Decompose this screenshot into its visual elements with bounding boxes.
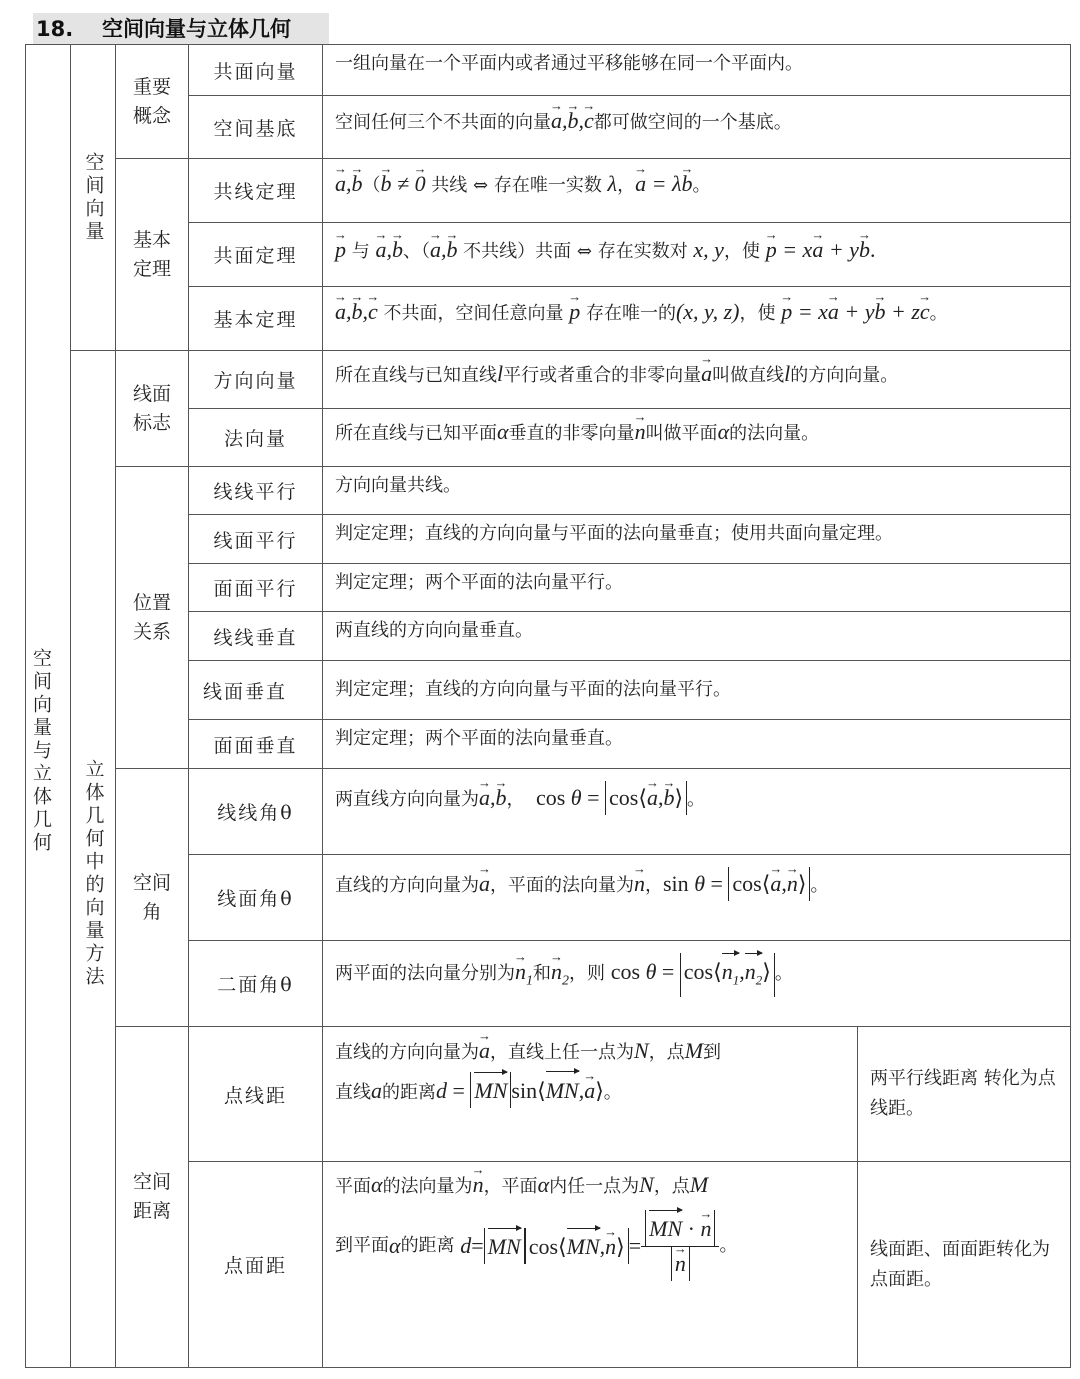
table-row: 立体几何中的向量方法 线面标志 方向向量 所在直线与已知直线l平行或者重合的非零… — [26, 351, 1071, 409]
table-row: 空间向量与立体几何 空间向量 重要概念 共面向量 一组向量在一个平面内或者通过平… — [26, 45, 1071, 96]
formula: cos θ = cos⟨n1,n2⟩ — [611, 959, 775, 984]
row-content-cell: 一组向量在一个平面内或者通过平移能够在同一个平面内。 — [323, 45, 1071, 96]
formula: a — [479, 1038, 490, 1063]
text: 两平面的法向量分别为 — [335, 963, 515, 984]
row-name-cell: 法向量 — [189, 409, 323, 467]
formula: n1 — [515, 959, 533, 984]
section-cell-space-vector: 空间向量 — [71, 45, 116, 351]
group-label: 位置关系 — [130, 589, 174, 647]
text: 的法向量。 — [729, 423, 819, 444]
row-name: 线面平行 — [213, 530, 297, 552]
text: 垂直的非零向量 — [509, 423, 635, 444]
text: 的距离 — [382, 1082, 436, 1103]
formula: a = λb — [635, 171, 692, 196]
formula: α — [371, 1172, 383, 1197]
formula: N — [639, 1172, 654, 1197]
formula: (x, y, z) — [676, 299, 740, 324]
text: 叫做直线 — [712, 365, 784, 386]
text: 两直线方向向量为 — [335, 789, 479, 810]
table-row: 位置关系 线线平行 方向向量共线。 — [26, 467, 1071, 515]
section-title: 空间向量与立体几何 — [102, 17, 291, 41]
row-name-cell: 点线距 — [189, 1027, 323, 1162]
formula: λ — [608, 171, 618, 196]
formula: a,b — [479, 785, 507, 810]
text: 。 — [687, 789, 705, 810]
root-category-cell: 空间向量与立体几何 — [26, 45, 71, 1368]
formula: M — [690, 1172, 708, 1197]
text: 所在直线与已知直线 — [335, 365, 497, 386]
row-note: 两平行线距离 转化为点线距。 — [870, 1068, 1056, 1119]
section-cell-vector-methods: 立体几何中的向量方法 — [71, 351, 116, 1368]
text: 。 — [719, 1231, 737, 1261]
row-content: 判定定理；两个平面的法向量垂直。 — [335, 728, 623, 749]
row-name-cell: 线面角θ — [189, 855, 323, 941]
formula: M — [685, 1038, 703, 1063]
formula: α — [538, 1172, 550, 1197]
row-content-cell: 平面α的法向量为n，平面α内任一点为N，点M 到平面α的距离 d = MNcos… — [323, 1162, 858, 1368]
row-name: 点线距 — [224, 1085, 287, 1107]
formula: a — [701, 361, 712, 386]
row-content: 判定定理；两个平面的法向量平行。 — [335, 572, 623, 593]
row-name-cell: 面面平行 — [189, 564, 323, 612]
text: 。 — [692, 175, 710, 196]
row-content-cell: 判定定理；两个平面的法向量垂直。 — [323, 720, 1071, 769]
text: 共线 ⇔ 存在唯一实数 — [426, 175, 608, 196]
row-name-cell: 线面平行 — [189, 515, 323, 564]
section-label: 立体几何中的向量方法 — [79, 759, 108, 989]
text: 与 — [346, 241, 375, 262]
row-name: 线线垂直 — [213, 627, 297, 649]
row-name-cell: 线线垂直 — [189, 612, 323, 661]
formula: n — [473, 1172, 484, 1197]
text: 内任一点为 — [549, 1176, 639, 1197]
row-content-cell: a,b（b ≠ 0 共线 ⇔ 存在唯一实数 λ，a = λb。 — [323, 159, 1071, 223]
text: 的方向向量。 — [790, 365, 898, 386]
row-name: 共面向量 — [213, 61, 297, 83]
row-name-cell: 面面垂直 — [189, 720, 323, 769]
text: ，使 — [739, 303, 781, 324]
row-name: 法向量 — [224, 428, 287, 450]
text: 不共线）共面 ⇔ 存在实数对 — [457, 241, 693, 262]
group-label: 基本定理 — [130, 226, 174, 284]
row-name: 线线角θ — [217, 802, 293, 824]
row-name-cell: 共面向量 — [189, 45, 323, 96]
row-name-cell: 共面定理 — [189, 223, 323, 287]
row-content: 一组向量在一个平面内或者通过平移能够在同一个平面内。 — [335, 53, 803, 74]
text: 直线 — [335, 1082, 371, 1103]
text: ，点 — [654, 1176, 690, 1197]
group-label: 重要概念 — [130, 73, 174, 131]
formula: a,b,c — [551, 108, 594, 133]
row-name: 点面距 — [224, 1255, 287, 1277]
text: 都可做空间的一个基底。 — [594, 112, 792, 133]
row-content-cell: 直线的方向向量为a，平面的法向量为n，sin θ = cos⟨a,n⟩。 — [323, 855, 1071, 941]
group-cell-line-plane-markers: 线面标志 — [116, 351, 189, 467]
row-name-cell: 线线角θ — [189, 769, 323, 855]
table-row: 空间角 线线角θ 两直线方向向量为a,b， cos θ = cos⟨a,b⟩。 — [26, 769, 1071, 855]
row-content-cell: 判定定理；两个平面的法向量平行。 — [323, 564, 1071, 612]
row-name: 线面垂直 — [203, 681, 287, 703]
formula: d = MNcos⟨MN,n⟩ = MN · nn — [460, 1210, 719, 1281]
formula: n2 — [551, 959, 569, 984]
formula: α — [718, 419, 730, 444]
row-content-cell: 两直线的方向向量垂直。 — [323, 612, 1071, 661]
row-name: 线线平行 — [213, 481, 297, 503]
group-cell-spatial-angles: 空间角 — [116, 769, 189, 1027]
row-content-cell: 直线的方向向量为a，直线上任一点为N，点M到 直线a的距离d = MNsin⟨M… — [323, 1027, 858, 1162]
text: ， — [507, 789, 525, 810]
text: 。 — [604, 1082, 622, 1103]
text: 平面 — [335, 1176, 371, 1197]
row-name: 二面角θ — [217, 974, 293, 996]
formula: a — [479, 871, 490, 896]
row-name-cell: 二面角θ — [189, 941, 323, 1027]
text: ，则 — [569, 963, 611, 984]
table-row: 空间距离 点线距 直线的方向向量为a，直线上任一点为N，点M到 直线a的距离d … — [26, 1027, 1071, 1162]
row-content: 判定定理；直线的方向向量与平面的法向量平行。 — [335, 679, 731, 700]
row-content: 两直线的方向向量垂直。 — [335, 620, 533, 641]
root-category-label: 空间向量与立体几何 — [26, 648, 55, 855]
text: ，点 — [649, 1042, 685, 1063]
section-heading: 18.空间向量与立体几何 — [33, 13, 329, 45]
group-label: 空间距离 — [130, 1168, 174, 1226]
text: 空间任何三个不共面的向量 — [335, 112, 551, 133]
text: ，平面 — [484, 1176, 538, 1197]
group-cell-important-concepts: 重要概念 — [116, 45, 189, 159]
row-name: 共面定理 — [213, 245, 297, 267]
group-label: 空间角 — [130, 869, 174, 927]
text: 到 — [703, 1042, 721, 1063]
text: ，使 — [724, 241, 766, 262]
text: 直线的方向向量为 — [335, 1042, 479, 1063]
section-label: 空间向量 — [79, 152, 108, 244]
text: 不共面，空间任意向量 — [378, 303, 569, 324]
text: 。 — [810, 875, 828, 896]
row-name-cell: 共线定理 — [189, 159, 323, 223]
text: ， — [617, 175, 635, 196]
formula: a,b — [430, 237, 458, 262]
row-content-cell: p 与 a,b、（a,b 不共线）共面 ⇔ 存在实数对 x, y，使 p = x… — [323, 223, 1071, 287]
formula: α — [389, 1231, 401, 1261]
row-name-cell: 基本定理 — [189, 287, 323, 351]
row-content-cell: 方向向量共线。 — [323, 467, 1071, 515]
text: ，直线上任一点为 — [490, 1042, 634, 1063]
row-content-cell: 判定定理；直线的方向向量与平面的法向量垂直；使用共面向量定理。 — [323, 515, 1071, 564]
formula: a — [371, 1078, 382, 1103]
row-name: 线面角θ — [217, 888, 293, 910]
row-name: 共线定理 — [213, 181, 297, 203]
summary-table: 空间向量与立体几何 空间向量 重要概念 共面向量 一组向量在一个平面内或者通过平… — [25, 44, 1071, 1368]
formula: a,b,c — [335, 299, 378, 324]
row-content-cell: 所在直线与已知平面α垂直的非零向量n叫做平面α的法向量。 — [323, 409, 1071, 467]
group-cell-basic-theorems: 基本定理 — [116, 159, 189, 351]
formula: n — [634, 871, 645, 896]
text: 。 — [775, 963, 793, 984]
row-content: 判定定理；直线的方向向量与平面的法向量垂直；使用共面向量定理。 — [335, 523, 893, 544]
formula: p = xa + yb — [766, 237, 870, 262]
row-content-cell: 两平面的法向量分别为n1和n2，则 cos θ = cos⟨n1,n2⟩。 — [323, 941, 1071, 1027]
group-cell-spatial-distance: 空间距离 — [116, 1027, 189, 1368]
formula: p — [335, 237, 346, 262]
text: 直线的方向向量为 — [335, 875, 479, 896]
row-name-cell: 点面距 — [189, 1162, 323, 1368]
group-cell-position-relations: 位置关系 — [116, 467, 189, 769]
group-label: 线面标志 — [130, 380, 174, 438]
formula: p = xa + yb + zc — [781, 299, 929, 324]
text: （ — [363, 175, 381, 196]
note-cell: 两平行线距离 转化为点线距。 — [858, 1027, 1071, 1162]
text: 的法向量为 — [383, 1176, 473, 1197]
text: 所在直线与已知平面 — [335, 423, 497, 444]
row-name: 方向向量 — [213, 370, 297, 392]
formula: sin θ = cos⟨a,n⟩ — [663, 871, 810, 896]
formula: N — [634, 1038, 649, 1063]
formula: x, y — [693, 237, 724, 262]
row-name: 面面垂直 — [213, 735, 297, 757]
formula: a,b — [375, 237, 403, 262]
text: 平行或者重合的非零向量 — [503, 365, 701, 386]
text: ，平面的法向量为 — [490, 875, 634, 896]
text: 到平面 — [335, 1231, 389, 1261]
text: 和 — [533, 963, 551, 984]
row-name: 基本定理 — [213, 309, 297, 331]
row-content-cell: 空间任何三个不共面的向量a,b,c都可做空间的一个基底。 — [323, 96, 1071, 159]
note-cell: 线面距、面面距转化为点面距。 — [858, 1162, 1071, 1368]
text: ， — [645, 875, 663, 896]
formula: n — [635, 419, 646, 444]
row-content-cell: 所在直线与已知直线l平行或者重合的非零向量a叫做直线l的方向向量。 — [323, 351, 1071, 409]
formula: b ≠ 0 — [381, 171, 426, 196]
row-note: 线面距、面面距转化为点面距。 — [870, 1239, 1050, 1290]
table-row: 基本定理 共线定理 a,b（b ≠ 0 共线 ⇔ 存在唯一实数 λ，a = λb… — [26, 159, 1071, 223]
section-number: 18. — [33, 13, 102, 45]
formula: α — [497, 419, 509, 444]
row-content-cell: 判定定理；直线的方向向量与平面的法向量平行。 — [323, 661, 1071, 720]
row-content: 方向向量共线。 — [335, 475, 461, 496]
row-name-cell: 空间基底 — [189, 96, 323, 159]
formula: a,b — [335, 171, 363, 196]
formula: d = MNsin⟨MN,a⟩ — [436, 1078, 604, 1103]
text: 。 — [930, 303, 948, 324]
text: 叫做平面 — [646, 423, 718, 444]
row-content-cell: 两直线方向向量为a,b， cos θ = cos⟨a,b⟩。 — [323, 769, 1071, 855]
formula: cos θ = cos⟨a,b⟩ — [536, 785, 687, 810]
row-name-cell: 线线平行 — [189, 467, 323, 515]
text: 存在唯一的 — [580, 303, 676, 324]
row-name-cell: 线面垂直 — [189, 661, 323, 720]
row-content-cell: a,b,c 不共面，空间任意向量 p 存在唯一的(x, y, z)，使 p = … — [323, 287, 1071, 351]
text: 、（ — [403, 241, 430, 262]
formula: p — [569, 299, 580, 324]
row-name: 空间基底 — [213, 118, 297, 140]
text: 的距离 — [401, 1231, 455, 1261]
row-name-cell: 方向向量 — [189, 351, 323, 409]
row-name: 面面平行 — [213, 578, 297, 600]
